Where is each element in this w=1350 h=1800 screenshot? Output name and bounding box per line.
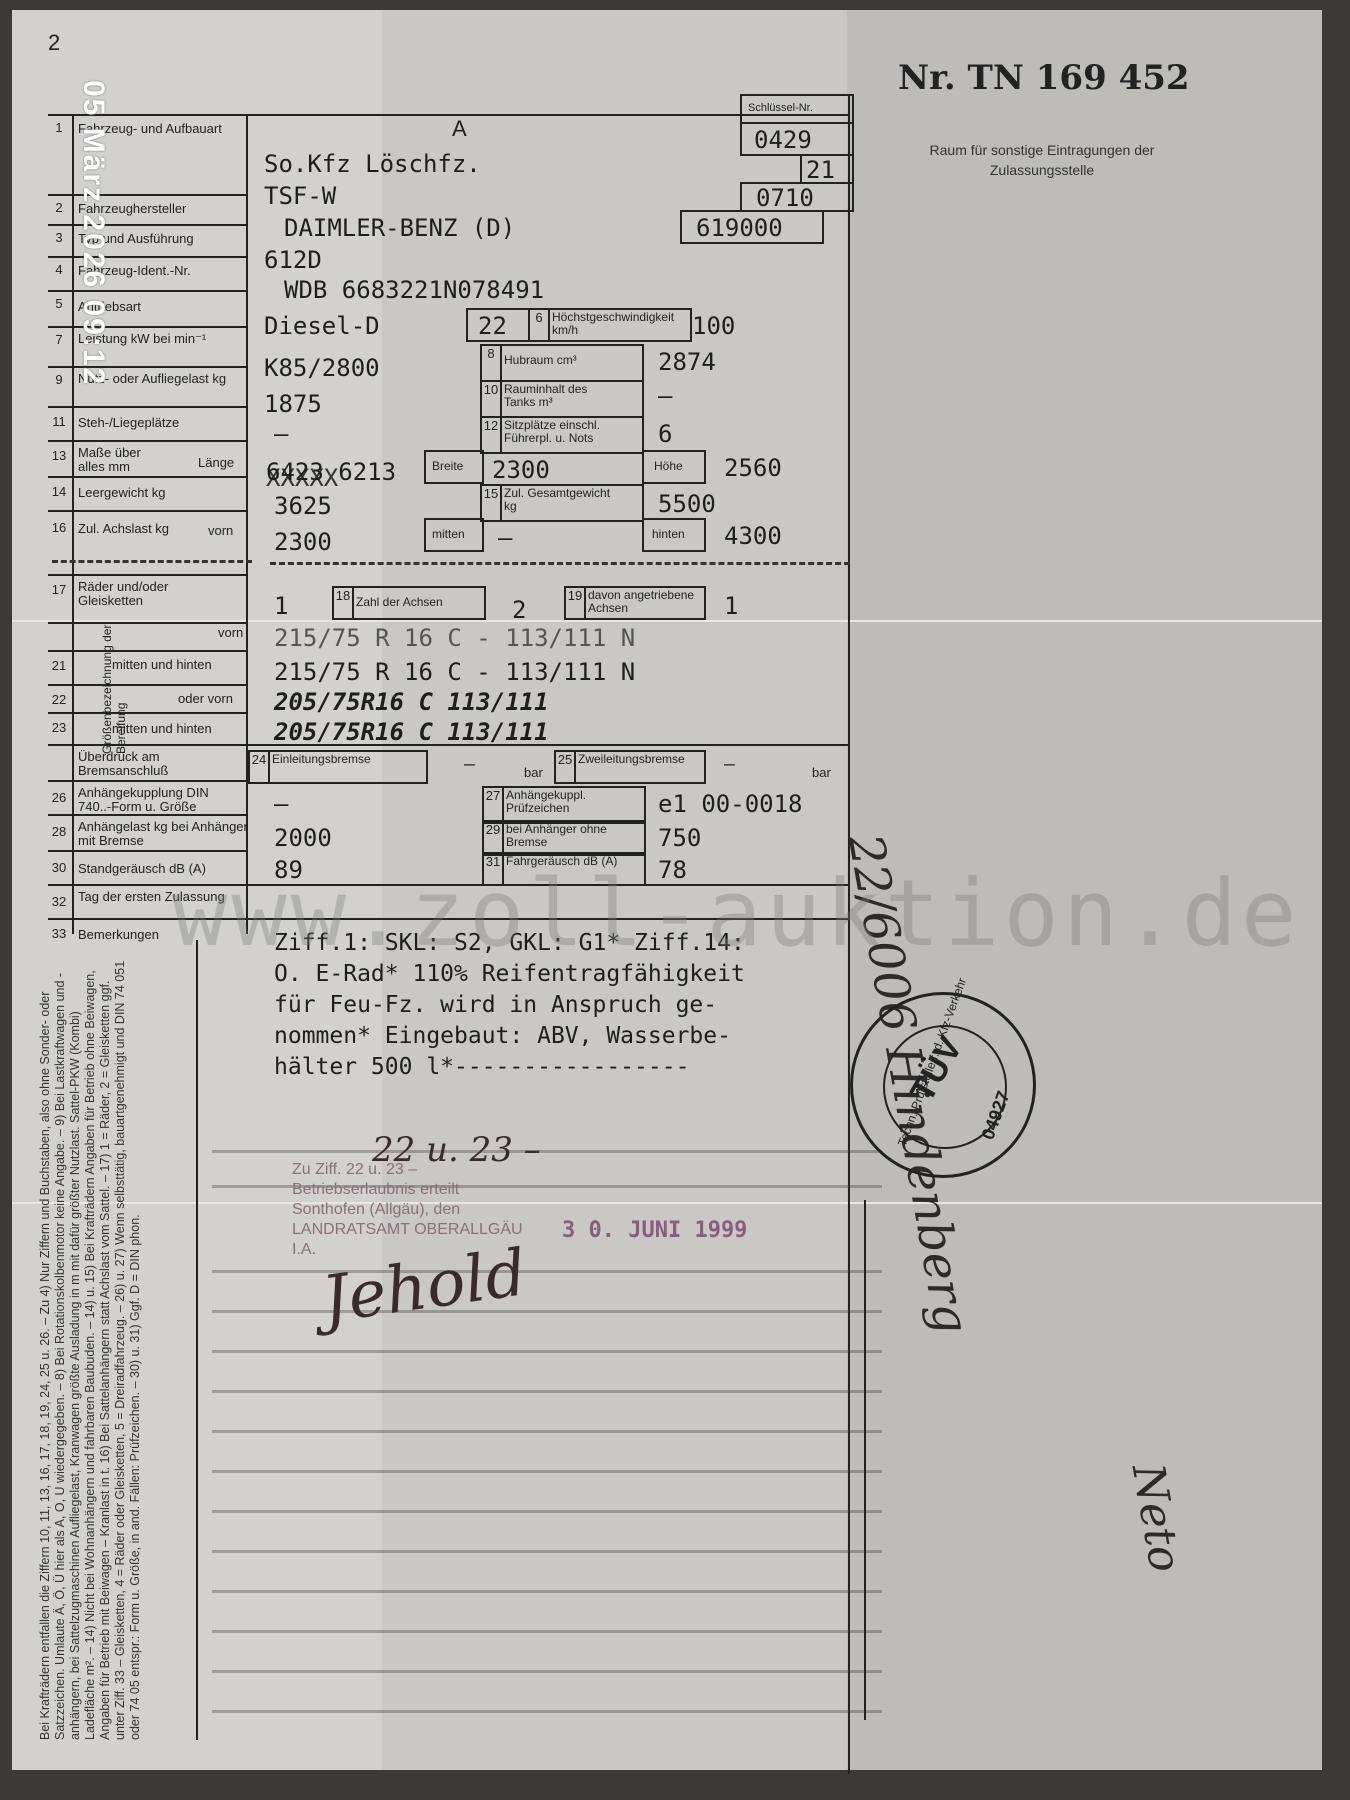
- length-value: 6423 6213: [266, 458, 396, 486]
- field-label: Bemerkungen: [78, 928, 159, 942]
- driven-axles-value: 1: [724, 592, 738, 620]
- field-number: 29: [484, 822, 504, 854]
- document-number: Nr. TN 169 452: [898, 58, 1190, 98]
- payload-value: 1875: [264, 390, 322, 418]
- width-value: 2300: [492, 456, 550, 484]
- field-label: vorn: [218, 626, 243, 640]
- field-number: 10: [482, 382, 502, 416]
- seats-box: 12 Sitzplätze einschl. Führerpl. u. Nots: [480, 416, 644, 454]
- braked-trailer-load-value: 2000: [274, 824, 332, 852]
- form-row-30: 30 Standgeräusch dB (A): [48, 850, 248, 852]
- tank-volume-value: –: [658, 382, 672, 410]
- form-row-23: 23 mitten und hinten: [48, 712, 248, 714]
- watermark: www.zoll-auktion.de: [172, 860, 1300, 967]
- rear-axle-label-box: hinten: [642, 518, 706, 552]
- field-label: Maße über alles mm: [78, 446, 158, 474]
- field-number: 24: [250, 752, 270, 782]
- field-number: 28: [48, 824, 70, 839]
- vehicle-registration-document: 2 A Nr. TN 169 452 Raum für sonstige Ein…: [12, 10, 1322, 1770]
- front-axle-load-value: 2300: [274, 528, 332, 556]
- field-number: 21: [48, 658, 70, 673]
- gross-weight-value: 5500: [658, 490, 716, 518]
- field-label: Anhängelast kg bei Anhänger mit Bremse: [78, 820, 248, 848]
- vehicle-body-value: TSF-W: [264, 182, 336, 210]
- field-label: Sitzplätze einschl. Führerpl. u. Nots: [504, 419, 639, 445]
- fuel-code-value: 22: [478, 312, 507, 340]
- tire-front-value: 215/75 R 16 C - 113/111 N: [274, 624, 635, 652]
- mid-axle-label-box: mitten: [424, 518, 484, 552]
- tank-volume-box: 10 Rauminhalt des Tanks m³: [480, 380, 644, 418]
- tire-rear-value: 215/75 R 16 C - 113/111 N: [274, 658, 635, 686]
- unbraked-trailer-value: 750: [658, 824, 701, 852]
- field-number: 30: [48, 860, 70, 875]
- form-row-20: vorn: [48, 622, 248, 624]
- field-number: 1: [48, 120, 70, 135]
- dual-line-brake-box: 25 Zweileitungsbremse: [554, 750, 706, 784]
- field-number: 32: [48, 894, 70, 909]
- tuv-stamp: Techn. Prüfstelle f. d. Kfz-Verkehr TÜV …: [850, 992, 1036, 1178]
- fuel-code-box: 22: [466, 308, 530, 342]
- form-row-16: 16 Zul. Achslast kg vorn: [48, 510, 248, 512]
- key-number-label: Schlüssel-Nr.: [748, 102, 813, 114]
- field-label: Überdruck am Bremsanschluß: [78, 750, 248, 778]
- field-number: 27: [484, 788, 504, 822]
- form-row-28: 28 Anhängelast kg bei Anhänger mit Brems…: [48, 814, 248, 816]
- empty-weight-value: 3625: [274, 492, 332, 520]
- registration-office-area-caption: Raum für sonstige Eintragungen der Zulas…: [892, 140, 1192, 180]
- manufacturer-value: DAIMLER-BENZ (D): [284, 214, 515, 242]
- field-label: Breite: [432, 460, 463, 473]
- key-number-value: 0429: [754, 126, 812, 154]
- height-label-box: Höhe: [642, 450, 706, 484]
- dashed-separator: [270, 562, 850, 565]
- tire-alt-front-value: 205/75R16 C 113/111: [274, 688, 549, 716]
- field-sublabel: Länge: [198, 456, 234, 470]
- field-label: Zweileitungsbremse: [578, 753, 688, 766]
- field-label: mitten: [432, 528, 465, 541]
- field-label: Zul. Achslast kg: [78, 522, 169, 536]
- field-label: oder vorn: [178, 692, 233, 706]
- field-number: 22: [48, 692, 70, 707]
- form-row-21: 21 mitten und hinten: [48, 650, 248, 652]
- key-number-box: 0429: [740, 122, 854, 156]
- photo-date-stamp: 05 März 2026 09:12: [76, 80, 110, 386]
- field-label: Höchstgeschwindigkeit km/h: [552, 311, 682, 337]
- field-label: mitten und hinten: [112, 658, 212, 672]
- form-row-11: 11 Steh-/Liegeplätze: [48, 406, 248, 408]
- single-line-brake-box: 24 Einleitungsbremse: [248, 750, 428, 784]
- key-number-header: Schlüssel-Nr.: [740, 94, 854, 124]
- form-row-13: 13 Maße über alles mm Länge: [48, 440, 248, 442]
- seats-value: 6: [658, 420, 672, 448]
- stamp-line: Sonthofen (Allgäu), den: [292, 1200, 523, 1220]
- field-number: 33: [48, 926, 70, 941]
- field-label: Anhängekupplung DIN 740..-Form u. Größe: [78, 786, 238, 814]
- stamp-line: LANDRATSAMT OBERALLGÄU: [292, 1220, 523, 1240]
- field-label: Höhe: [654, 460, 683, 473]
- field-label: Einleitungsbremse: [272, 753, 362, 766]
- standing-places-value: –: [274, 420, 288, 448]
- rear-axle-load-value: 4300: [724, 522, 782, 550]
- coupling-value: –: [274, 790, 288, 818]
- field-number: 25: [556, 752, 576, 782]
- mid-axle-load-value: –: [498, 524, 512, 552]
- form-divider: [864, 1200, 866, 1720]
- field-label: Leergewicht kg: [78, 486, 165, 500]
- field-label: davon angetriebene Achsen: [588, 589, 698, 615]
- vin-value: WDB 6683221N078491: [284, 276, 544, 304]
- field-label: Rauminhalt des Tanks m³: [504, 383, 614, 409]
- page-number: 2: [48, 30, 60, 56]
- form-divider: [246, 114, 248, 934]
- field-sublabel: vorn: [208, 524, 233, 538]
- gross-weight-box: 15 Zul. Gesamtgewicht kg: [480, 484, 644, 522]
- field-number: 4: [48, 262, 70, 277]
- field-number: 19: [566, 588, 586, 618]
- field-number: 26: [48, 790, 70, 805]
- wheels-value: 1: [274, 592, 288, 620]
- axles-box: 18 Zahl der Achsen: [332, 586, 486, 620]
- field-number: 6: [530, 310, 550, 340]
- unbraked-trailer-box: 29 bei Anhänger ohne Bremse: [482, 820, 646, 856]
- field-number: 12: [482, 418, 502, 452]
- type-value: 612D: [264, 246, 322, 274]
- field-number: 3: [48, 230, 70, 245]
- field-label: Zahl der Achsen: [356, 596, 443, 609]
- field-number: 5: [48, 296, 70, 311]
- fuel-type-value: Diesel-D: [264, 312, 380, 340]
- height-value: 2560: [724, 454, 782, 482]
- form-row-17: 17 Räder und/oder Gleisketten: [48, 574, 248, 576]
- field-number: 17: [48, 582, 70, 597]
- form-row-22: 22 oder vorn: [48, 684, 248, 686]
- key-number-value: 619000: [696, 214, 783, 242]
- coupling-mark-value: e1 00-0018: [658, 790, 803, 818]
- driven-axles-box: 19 davon angetriebene Achsen: [564, 586, 706, 620]
- power-value: K85/2800: [264, 354, 380, 382]
- field-number: 18: [334, 588, 354, 618]
- tire-alt-rear-value: 205/75R16 C 113/111: [274, 718, 549, 746]
- single-line-brake-value: –: [464, 754, 475, 775]
- field-label: Zul. Gesamtgewicht kg: [504, 487, 614, 513]
- handwritten-ziff: 22 u. 23 –: [372, 1130, 541, 1170]
- unit-label: bar: [524, 766, 543, 780]
- field-number: 13: [48, 448, 70, 463]
- field-label: Hubraum cm³: [504, 354, 577, 367]
- unit-label: bar: [812, 766, 831, 780]
- key-number-value: 0710: [756, 184, 814, 212]
- displacement-box: 8 Hubraum cm³: [480, 344, 644, 382]
- top-speed-value: 100: [692, 312, 735, 340]
- top-speed-box: 6 Höchstgeschwindigkeit km/h: [528, 308, 692, 342]
- dashed-separator: [52, 560, 252, 563]
- form-row-1: 1 Fahrzeug- und Aufbauart: [48, 114, 848, 116]
- form-row-26: 26 Anhängekupplung DIN 740..-Form u. Grö…: [48, 780, 248, 782]
- field-number: 16: [48, 520, 70, 535]
- field-label: mitten und hinten: [112, 722, 212, 736]
- field-number: 2: [48, 200, 70, 215]
- stamp-date: 3 0. JUNI 1999: [562, 1218, 747, 1243]
- field-number: 23: [48, 720, 70, 735]
- field-number: 9: [48, 372, 70, 387]
- field-number: 14: [48, 484, 70, 499]
- form-divider: [72, 114, 74, 934]
- footnotes: Bei Krafträdern entfallen die Ziffern 10…: [38, 960, 238, 1760]
- field-label: Anhängekuppl. Prüfzeichen: [506, 789, 636, 815]
- dual-line-brake-value: –: [724, 754, 735, 775]
- axles-value: 2: [512, 596, 526, 624]
- footnote-text: Bei Krafträdern entfallen die Ziffern 10…: [38, 960, 228, 1740]
- field-label: hinten: [652, 528, 685, 541]
- field-label: bei Anhänger ohne Bremse: [506, 823, 636, 849]
- displacement-value: 2874: [658, 348, 716, 376]
- field-number: 8: [482, 346, 502, 380]
- field-number: 11: [48, 414, 70, 429]
- field-label: Steh-/Liegeplätze: [78, 416, 179, 430]
- key-number-box: 619000: [680, 210, 824, 244]
- column-letter: A: [452, 116, 467, 142]
- form-row-brake: Überdruck am Bremsanschluß: [48, 744, 848, 746]
- key-number-box: 21: [800, 154, 854, 184]
- field-number: 15: [482, 486, 502, 520]
- vehicle-type-value: So.Kfz Löschfz.: [264, 150, 481, 178]
- coupling-mark-box: 27 Anhängekuppl. Prüfzeichen: [482, 786, 646, 824]
- key-number-value: 21: [806, 156, 835, 184]
- stamp-line: Betriebserlaubnis erteilt: [292, 1180, 523, 1200]
- form-row-14: 14 Leergewicht kg: [48, 476, 248, 478]
- key-number-box: 0710: [740, 182, 854, 212]
- field-label: Räder und/oder Gleisketten: [78, 580, 218, 608]
- width-label-box: Breite: [424, 450, 484, 484]
- field-number: 7: [48, 332, 70, 347]
